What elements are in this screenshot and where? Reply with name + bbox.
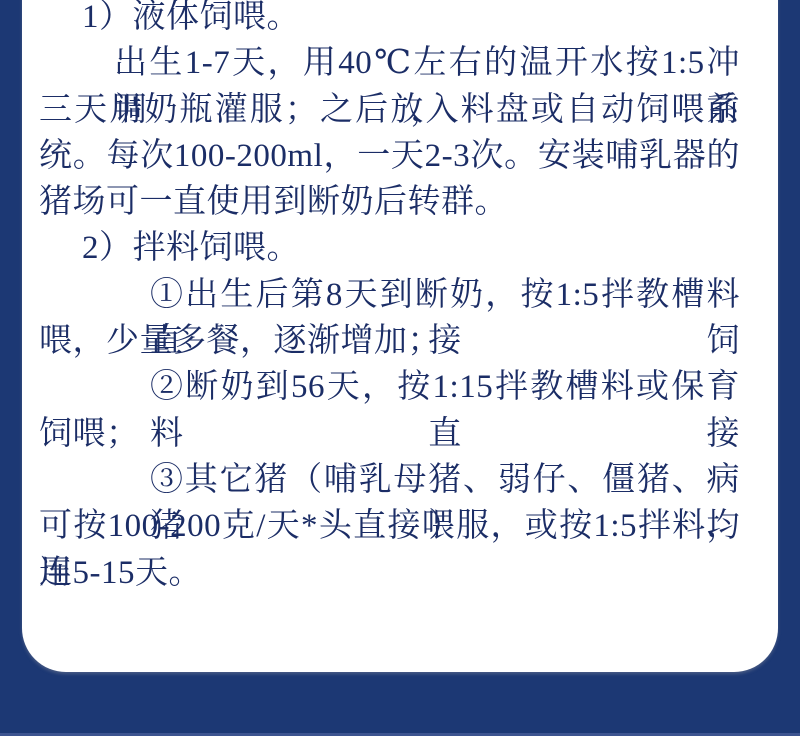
text-line: 三天用奶瓶灌服；之后放入料盘或自动饲喂系 (39, 87, 740, 133)
text-line-item-1: ①出生后第8天到断奶，按1:5拌教槽料直接饲 (39, 272, 740, 318)
text-line: 猪场可一直使用到断奶后转群。 (39, 179, 740, 225)
text-line: 统。每次100-200ml，一天2-3次。安装哺乳器的 (39, 133, 740, 179)
page-background: 1）液体饲喂。 出生1-7天，用40℃左右的温开水按1:5冲调，前 三天用奶瓶灌… (0, 0, 800, 736)
text-line: 用5-15天。 (39, 550, 740, 596)
text-line: 出生1-7天，用40℃左右的温开水按1:5冲调，前 (39, 40, 740, 86)
text-line-item-3: ③其它猪（哺乳母猪、弱仔、僵猪、病猪）均 (39, 457, 740, 503)
text-line: 可按100-200克/天*头直接喂服，或按1:5拌料，连 (39, 503, 740, 549)
content-card: 1）液体饲喂。 出生1-7天，用40℃左右的温开水按1:5冲调，前 三天用奶瓶灌… (22, 0, 778, 672)
text-line-heading-2: 2）拌料饲喂。 (39, 225, 740, 271)
text-line-heading-1: 1）液体饲喂。 (39, 0, 740, 40)
document-text: 1）液体饲喂。 出生1-7天，用40℃左右的温开水按1:5冲调，前 三天用奶瓶灌… (39, 0, 740, 596)
text-line-item-2: ②断奶到56天，按1:15拌教槽料或保育料直接 (39, 364, 740, 410)
